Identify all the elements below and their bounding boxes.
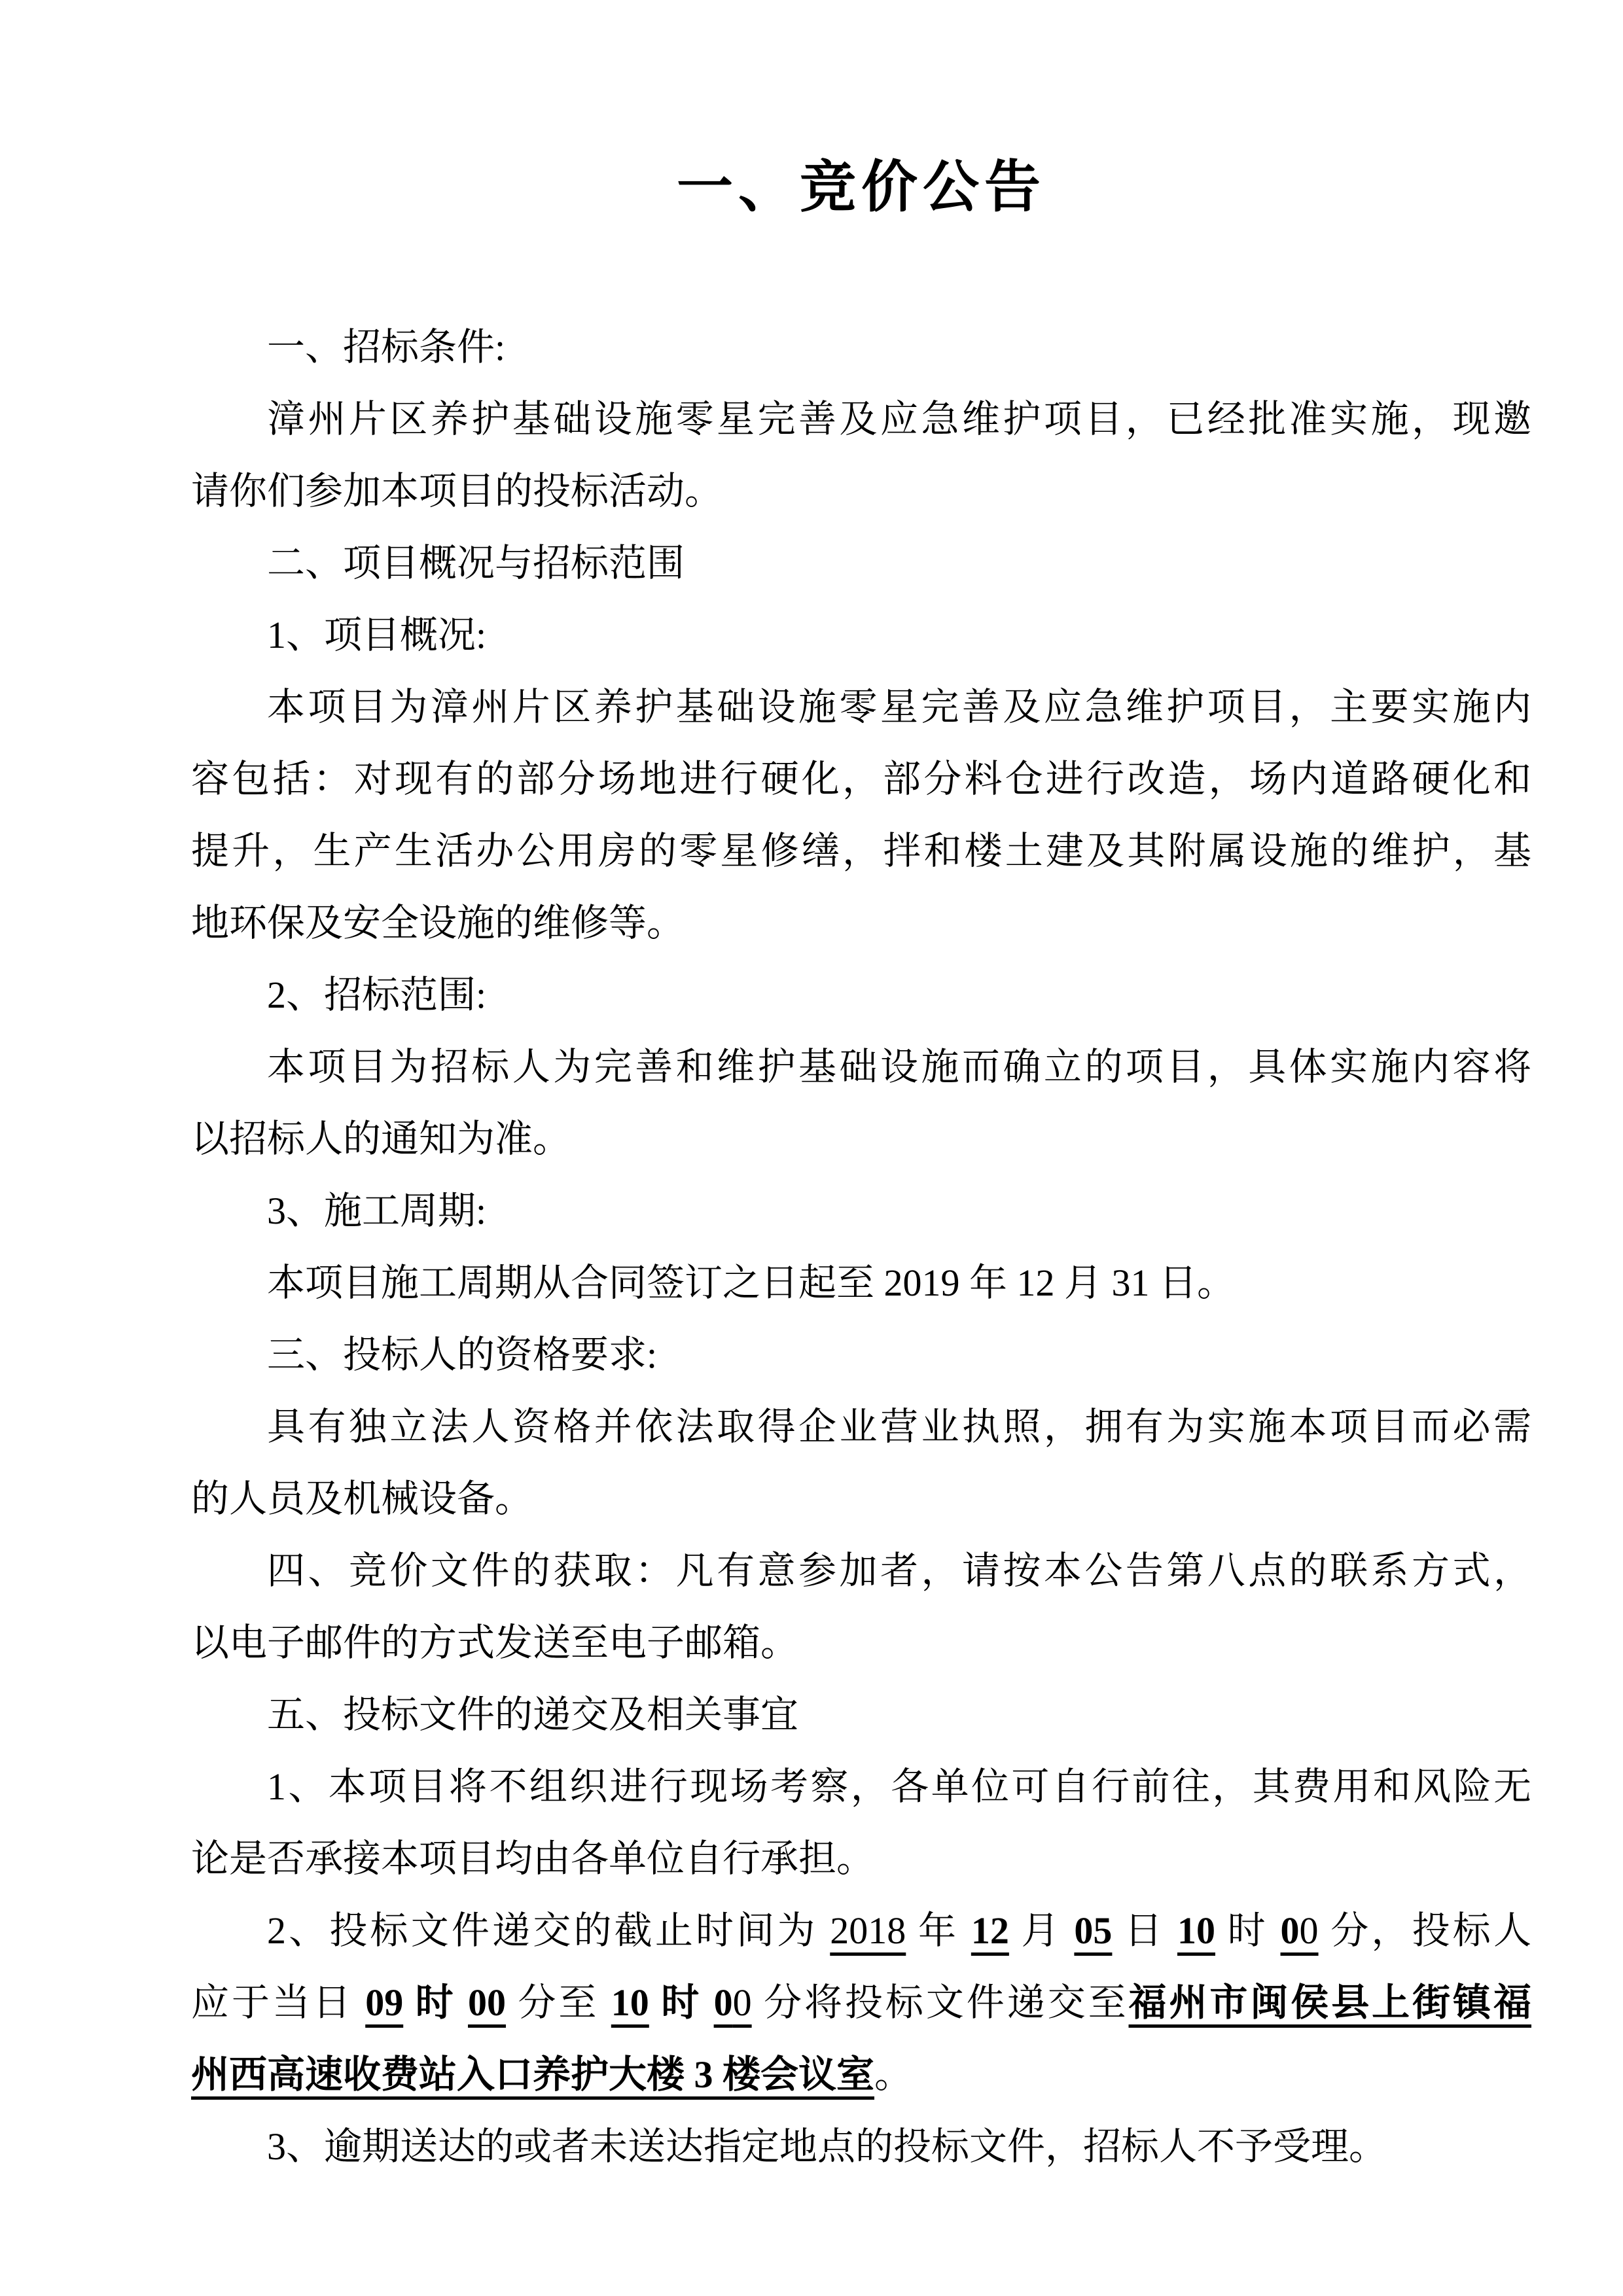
text-run: 论是否承接本项目均由各单位自行承担。 — [191, 1837, 874, 1880]
text-run: 以电子邮件的方式发送至电子邮箱。 — [191, 1621, 798, 1664]
text-run: 0 — [714, 1981, 733, 2024]
text-run: 05 — [1074, 1909, 1112, 1952]
paragraph-line: 1、本项目将不组织进行现场考察，各单位可自行前往，其费用和风险无 — [191, 1751, 1531, 1823]
text-run: 二、项目概况与招标范围 — [267, 542, 685, 584]
paragraph-line: 二、项目概况与招标范围 — [191, 527, 1531, 599]
text-run: 年 — [906, 1909, 971, 1952]
paragraph-line: 的人员及机械设备。 — [191, 1463, 1531, 1535]
text-run: 10 — [611, 1981, 649, 2024]
paragraph-line: 论是否承接本项目均由各单位自行承担。 — [191, 1823, 1531, 1895]
paragraph-line: 提升，生产生活办公用房的零星修缮，拌和楼土建及其附属设施的维护，基 — [191, 815, 1531, 887]
document-title: 一、竞价公告 — [191, 154, 1531, 221]
paragraph-line: 容包括：对现有的部分场地进行硬化，部分料仓进行改造，场内道路硬化和 — [191, 743, 1531, 815]
paragraph-line: 以电子邮件的方式发送至电子邮箱。 — [191, 1607, 1531, 1679]
paragraph-line: 3、逾期送达的或者未送达指定地点的投标文件，招标人不予受理。 — [191, 2111, 1531, 2183]
text-run: 应于当日 — [191, 1981, 365, 2024]
text-run: 10 — [1177, 1909, 1215, 1952]
paragraph-line: 请你们参加本项目的投标活动。 — [191, 455, 1531, 527]
text-run: 分至 — [506, 1981, 611, 2024]
text-run: 地环保及安全设施的维修等。 — [191, 902, 685, 944]
text-run: 12 — [971, 1909, 1009, 1952]
text-run: 州西高速收费站入口养护大楼 3 楼会议室 — [191, 2053, 874, 2096]
paragraph-line: 本项目为漳州片区养护基础设施零星完善及应急维护项目，主要实施内 — [191, 671, 1531, 743]
text-run: 3、施工周期: — [267, 1190, 486, 1232]
text-run: 时 — [649, 1981, 714, 2024]
text-run: 的人员及机械设备。 — [191, 1477, 533, 1520]
text-run: 本项目为漳州片区养护基础设施零星完善及应急维护项目，主要实施内 — [267, 686, 1531, 728]
text-run: 1、本项目将不组织进行现场考察，各单位可自行前往，其费用和风险无 — [267, 1765, 1531, 1808]
text-run: 3、逾期送达的或者未送达指定地点的投标文件，招标人不予受理。 — [267, 2125, 1387, 2168]
paragraph-line: 三、投标人的资格要求: — [191, 1319, 1531, 1391]
text-run: 具有独立法人资格并依法取得企业营业执照，拥有为实施本项目而必需 — [267, 1405, 1531, 1448]
text-run: 以招标人的通知为准。 — [191, 1118, 571, 1160]
text-run: 2018 — [830, 1909, 906, 1952]
text-run: 2、投标文件递交的截止时间为 — [267, 1909, 830, 1952]
text-run: 09 — [365, 1981, 403, 2024]
text-run: 本项目为招标人为完善和维护基础设施而确立的项目，具体实施内容将 — [267, 1046, 1531, 1088]
text-run: 0 — [1300, 1909, 1319, 1952]
text-run: 时 — [403, 1981, 468, 2024]
text-run: 福州市闽侯县上街镇福 — [1129, 1981, 1531, 2024]
text-run: 漳州片区养护基础设施零星完善及应急维护项目，已经批准实施，现邀 — [267, 398, 1531, 440]
text-run: 00 — [468, 1981, 506, 2024]
text-run: 容包括：对现有的部分场地进行硬化，部分料仓进行改造，场内道路硬化和 — [191, 758, 1531, 800]
text-run: 分将投标文件递交至 — [752, 1981, 1129, 2024]
paragraph-line: 1、项目概况: — [191, 599, 1531, 671]
paragraph-line: 2、招标范围: — [191, 959, 1531, 1031]
paragraph-line: 五、投标文件的递交及相关事宜 — [191, 1679, 1531, 1751]
text-run: 2、招标范围: — [267, 974, 486, 1016]
text-run: 提升，生产生活办公用房的零星修缮，拌和楼土建及其附属设施的维护，基 — [191, 830, 1531, 872]
text-run: 本项目施工周期从合同签订之日起至 2019 年 12 月 31 日。 — [267, 1262, 1235, 1304]
paragraph-line: 本项目为招标人为完善和维护基础设施而确立的项目，具体实施内容将 — [191, 1031, 1531, 1103]
paragraph-line: 2、投标文件递交的截止时间为 2018 年 12 月 05 日 10 时 00 … — [191, 1895, 1531, 1967]
text-run: 一、招标条件: — [267, 326, 505, 368]
paragraph-line: 以招标人的通知为准。 — [191, 1103, 1531, 1175]
text-run: 五、投标文件的递交及相关事宜 — [267, 1693, 798, 1736]
text-run: 请你们参加本项目的投标活动。 — [191, 470, 722, 512]
text-run: 四、竞价文件的获取：凡有意参加者，请按本公告第八点的联系方式， — [267, 1549, 1531, 1592]
paragraph-line: 地环保及安全设施的维修等。 — [191, 887, 1531, 959]
paragraph-line: 应于当日 09 时 00 分至 10 时 00 分将投标文件递交至福州市闽侯县上… — [191, 1967, 1531, 2039]
paragraph-line: 漳州片区养护基础设施零星完善及应急维护项目，已经批准实施，现邀 — [191, 383, 1531, 455]
paragraph-line: 具有独立法人资格并依法取得企业营业执照，拥有为实施本项目而必需 — [191, 1391, 1531, 1463]
document-page: 一、竞价公告 一、招标条件:漳州片区养护基础设施零星完善及应急维护项目，已经批准… — [0, 0, 1623, 2296]
paragraph-line: 州西高速收费站入口养护大楼 3 楼会议室。 — [191, 2039, 1531, 2111]
text-run: 三、投标人的资格要求: — [267, 1333, 657, 1376]
paragraph-line: 四、竞价文件的获取：凡有意参加者，请按本公告第八点的联系方式， — [191, 1535, 1531, 1607]
text-run: 月 — [1009, 1909, 1075, 1952]
text-run: 。 — [874, 2053, 912, 2096]
text-run: 分，投标人 — [1319, 1909, 1531, 1952]
paragraph-line: 本项目施工周期从合同签订之日起至 2019 年 12 月 31 日。 — [191, 1247, 1531, 1319]
document-body: 一、招标条件:漳州片区养护基础设施零星完善及应急维护项目，已经批准实施，现邀请你… — [191, 311, 1531, 2183]
text-run: 日 — [1112, 1909, 1177, 1952]
paragraph-line: 3、施工周期: — [191, 1175, 1531, 1247]
text-run: 时 — [1215, 1909, 1281, 1952]
text-run: 0 — [1281, 1909, 1300, 1952]
paragraph-line: 一、招标条件: — [191, 311, 1531, 383]
text-run: 1、项目概况: — [267, 614, 486, 656]
text-run: 0 — [733, 1981, 752, 2024]
